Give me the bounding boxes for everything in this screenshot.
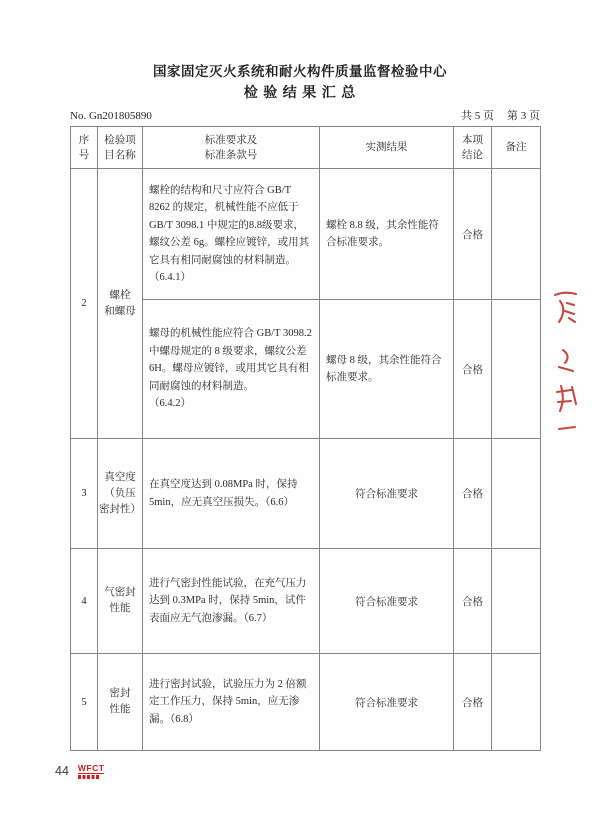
row3-item-name: 真空度 （负压 密封性）	[98, 439, 143, 549]
page-footer: 44 WFCT	[55, 763, 104, 779]
row2-seq: 2	[71, 169, 98, 439]
row5-conclusion: 合格	[454, 654, 492, 751]
page-info: 共 5 页 第 3 页	[461, 109, 540, 124]
row4-conclusion: 合格	[454, 549, 492, 654]
row4-item-name: 气密封 性能	[98, 549, 143, 654]
row4-requirement: 进行气密封性能试验，在充气压力达到 0.3MPa 时，保持 5min，试件表面应…	[143, 549, 320, 654]
row4-seq: 4	[71, 549, 98, 654]
row5-item-name: 密封 性能	[98, 654, 143, 751]
row5-seq: 5	[71, 654, 98, 751]
row2-item-name: 螺栓 和螺母	[98, 169, 143, 439]
row2a-conclusion: 合格	[454, 169, 492, 300]
row4-remark	[492, 549, 541, 654]
footer-page-number: 44	[55, 763, 69, 779]
red-handwriting-marks	[548, 286, 590, 438]
row3-conclusion: 合格	[454, 439, 492, 549]
row2b-requirement: 螺母的机械性能应符合 GB/T 3098.2 中螺母规定的 8 级要求，螺纹公差…	[143, 300, 320, 439]
row2a-remark	[492, 169, 541, 300]
row5-requirement: 进行密封试验，试验压力为 2 倍额定工作压力，保持 5min，应无渗漏。（6.8…	[143, 654, 320, 751]
document-title: 检 验 结 果 汇 总	[0, 83, 600, 105]
header-requirement: 标准要求及 标准条款号	[143, 127, 320, 169]
wfct-logo-subtext	[78, 775, 100, 779]
row4-result: 符合标准要求	[320, 549, 454, 654]
row2b-remark	[492, 300, 541, 439]
table-row: 2 螺栓 和螺母 螺栓的结构和尺寸应符合 GB/T 8262 的规定，机械性能不…	[71, 169, 541, 300]
pages-total: 共 5 页	[461, 109, 494, 124]
inspection-results-table: 序 号 检验项 目名称 标准要求及 标准条款号 实测结果 本项 结论 备注 2 …	[70, 126, 541, 751]
table-row: 5 密封 性能 进行密封试验，试验压力为 2 倍额定工作压力，保持 5min，应…	[71, 654, 541, 751]
wfct-logo: WFCT	[78, 763, 105, 779]
header-item: 检验项 目名称	[98, 127, 143, 169]
inspection-center-name: 国家固定灭火系统和耐火构件质量监督检验中心	[0, 62, 600, 82]
table-row: 4 气密封 性能 进行气密封性能试验，在充气压力达到 0.3MPa 时，保持 5…	[71, 549, 541, 654]
row3-result: 符合标准要求	[320, 439, 454, 549]
report-meta-line: No. Gn201805890 共 5 页 第 3 页	[70, 109, 540, 124]
wfct-logo-text: WFCT	[78, 764, 105, 774]
table-row: 3 真空度 （负压 密封性） 在真空度达到 0.08MPa 时，保持 5min，…	[71, 439, 541, 549]
header-result: 实测结果	[320, 127, 454, 169]
header-conclusion: 本项 结论	[454, 127, 492, 169]
header-seq: 序 号	[71, 127, 98, 169]
row2b-result: 螺母 8 级，其余性能符合标准要求。	[320, 300, 454, 439]
row3-remark	[492, 439, 541, 549]
row5-result: 符合标准要求	[320, 654, 454, 751]
row2b-conclusion: 合格	[454, 300, 492, 439]
document-header: 国家固定灭火系统和耐火构件质量监督检验中心 检 验 结 果 汇 总	[0, 0, 600, 105]
header-remark: 备注	[492, 127, 541, 169]
table-header-row: 序 号 检验项 目名称 标准要求及 标准条款号 实测结果 本项 结论 备注	[71, 127, 541, 169]
row2a-requirement: 螺栓的结构和尺寸应符合 GB/T 8262 的规定，机械性能不应低于 GB/T …	[143, 169, 320, 300]
page-current: 第 3 页	[507, 109, 540, 124]
report-number: No. Gn201805890	[70, 109, 152, 124]
row5-remark	[492, 654, 541, 751]
scanned-report-page: 国家固定灭火系统和耐火构件质量监督检验中心 检 验 结 果 汇 总 No. Gn…	[0, 0, 600, 814]
row3-seq: 3	[71, 439, 98, 549]
row2a-result: 螺栓 8.8 级，其余性能符合标准要求。	[320, 169, 454, 300]
row3-requirement: 在真空度达到 0.08MPa 时，保持 5min，应无真空压损失。（6.6）	[143, 439, 320, 549]
